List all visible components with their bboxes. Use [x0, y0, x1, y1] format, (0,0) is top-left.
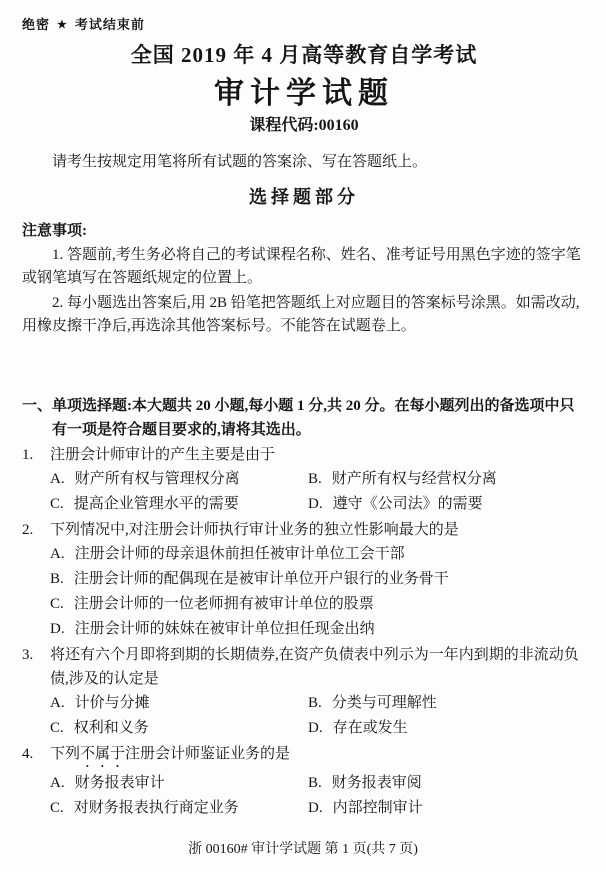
- classification-suffix: 考试结束前: [75, 17, 145, 32]
- option-label: A.: [50, 775, 65, 791]
- exam-title: 全国 2019 年 4 月高等教育自学考试: [22, 41, 586, 69]
- option-d: D.内部控制审计: [308, 796, 586, 821]
- question-2: 2. 下列情况中,对注册会计师执行审计业务的独立性影响最大的是 A.注册会计师的…: [22, 518, 586, 642]
- question-stem: 下列不属于注册会计师鉴证业务的是: [50, 742, 586, 771]
- question-number: 4.: [22, 742, 50, 821]
- option-text: 注册会计师的妹妹在被审计单位担任现金出纳: [75, 621, 375, 637]
- option-d: D.注册会计师的妹妹在被审计单位担任现金出纳: [50, 617, 586, 642]
- part-title: 选择题部分: [22, 184, 586, 210]
- option-label: A.: [50, 695, 65, 711]
- option-text: 存在或发生: [333, 720, 408, 736]
- option-text: 注册会计师的母亲退休前担任被审计单位工会干部: [75, 546, 405, 562]
- stem-suffix: 注册会计师鉴证业务的是: [125, 746, 290, 762]
- blank-gap: [22, 338, 586, 394]
- option-a: A.注册会计师的母亲退休前担任被审计单位工会干部: [50, 542, 586, 567]
- option-text: 权利和义务: [74, 720, 149, 736]
- option-text: 提高企业管理水平的需要: [74, 496, 239, 512]
- question-3: 3. 将还有六个月即将到期的长期债券,在资产负债表中列示为一年内到期的非流动负债…: [22, 643, 586, 741]
- section-header: 一、 单项选择题:本大题共 20 小题,每小题 1 分,共 20 分。在每小题列…: [22, 394, 586, 442]
- option-b: B.注册会计师的配偶现在是被审计单位开户银行的业务骨干: [50, 567, 586, 592]
- option-text: 注册会计师的一位老师拥有被审计单位的股票: [74, 596, 374, 612]
- question-1: 1. 注册会计师审计的产生主要是由于 A.财产所有权与管理权分离 B.财产所有权…: [22, 443, 586, 517]
- option-label: C.: [50, 496, 64, 512]
- option-label: A.: [50, 546, 65, 562]
- section-number: 一、: [22, 394, 52, 442]
- option-label: B.: [308, 471, 322, 487]
- option-label: D.: [308, 720, 323, 736]
- classification-banner: 绝密★考试结束前: [22, 14, 586, 33]
- notes-title: 注意事项:: [22, 220, 586, 242]
- option-label: B.: [308, 695, 322, 711]
- option-label: C.: [50, 720, 64, 736]
- option-text: 财务报表审阅: [332, 775, 422, 791]
- question-stem: 将还有六个月即将到期的长期债券,在资产负债表中列示为一年内到期的非流动负债,涉及…: [50, 643, 586, 691]
- stem-emphasis: 不属于: [80, 746, 125, 762]
- stem-prefix: 下列: [50, 746, 80, 762]
- question-stem: 下列情况中,对注册会计师执行审计业务的独立性影响最大的是: [50, 518, 586, 542]
- option-c: C.提高企业管理水平的需要: [50, 492, 308, 517]
- option-d: D.存在或发生: [308, 716, 586, 741]
- option-text: 注册会计师的配偶现在是被审计单位开户银行的业务骨干: [74, 571, 449, 587]
- option-b: B.分类与可理解性: [308, 691, 586, 716]
- question-body: 下列不属于注册会计师鉴证业务的是 A.财务报表审计 B.财务报表审阅 C.对财务…: [50, 742, 586, 821]
- option-text: 遵守《公司法》的需要: [333, 496, 483, 512]
- course-code: 课程代码:00160: [22, 115, 586, 137]
- option-label: D.: [308, 800, 323, 816]
- option-label: D.: [50, 621, 65, 637]
- option-a: A.财产所有权与管理权分离: [50, 467, 308, 492]
- star-icon: ★: [57, 19, 68, 31]
- options-grid: A.财产所有权与管理权分离 B.财产所有权与经营权分离 C.提高企业管理水平的需…: [50, 467, 586, 517]
- option-text: 财务报表审计: [75, 775, 165, 791]
- option-label: A.: [50, 471, 65, 487]
- option-label: B.: [50, 571, 64, 587]
- option-label: B.: [308, 775, 322, 791]
- option-label: C.: [50, 596, 64, 612]
- option-c: C.对财务报表执行商定业务: [50, 796, 308, 821]
- option-text: 对财务报表执行商定业务: [74, 800, 239, 816]
- classification-prefix: 绝密: [22, 17, 50, 32]
- question-body: 下列情况中,对注册会计师执行审计业务的独立性影响最大的是 A.注册会计师的母亲退…: [50, 518, 586, 642]
- option-d: D.遵守《公司法》的需要: [308, 492, 586, 517]
- option-c: C.权利和义务: [50, 716, 308, 741]
- options-grid: A.财务报表审计 B.财务报表审阅 C.对财务报表执行商定业务 D.内部控制审计: [50, 771, 586, 821]
- option-text: 财产所有权与管理权分离: [75, 471, 240, 487]
- paper-title: 审计学试题: [22, 75, 586, 113]
- question-number: 1.: [22, 443, 50, 517]
- options-grid: A.计价与分摊 B.分类与可理解性 C.权利和义务 D.存在或发生: [50, 691, 586, 741]
- option-b: B.财产所有权与经营权分离: [308, 467, 586, 492]
- option-label: D.: [308, 496, 323, 512]
- option-c: C.注册会计师的一位老师拥有被审计单位的股票: [50, 592, 586, 617]
- question-number: 3.: [22, 643, 50, 741]
- note-item-1: 1. 答题前,考生务必将自己的考试课程名称、姓名、准考证号用黑色字迹的签字笔或钢…: [22, 244, 586, 290]
- exam-paper-page: 绝密★考试结束前 全国 2019 年 4 月高等教育自学考试 审计学试题 课程代…: [0, 0, 606, 872]
- section-text: 单项选择题:本大题共 20 小题,每小题 1 分,共 20 分。在每小题列出的备…: [52, 394, 586, 442]
- option-text: 计价与分摊: [75, 695, 150, 711]
- options-grid: A.注册会计师的母亲退休前担任被审计单位工会干部 B.注册会计师的配偶现在是被审…: [50, 542, 586, 642]
- option-a: A.计价与分摊: [50, 691, 308, 716]
- option-b: B.财务报表审阅: [308, 771, 586, 796]
- page-footer: 浙 00160# 审计学试题 第 1 页(共 7 页): [0, 840, 606, 860]
- question-body: 注册会计师审计的产生主要是由于 A.财产所有权与管理权分离 B.财产所有权与经营…: [50, 443, 586, 517]
- question-stem: 注册会计师审计的产生主要是由于: [50, 443, 586, 467]
- option-text: 分类与可理解性: [332, 695, 437, 711]
- note-item-2: 2. 每小题选出答案后,用 2B 铅笔把答题纸上对应题目的答案标号涂黑。如需改动…: [22, 292, 586, 338]
- question-body: 将还有六个月即将到期的长期债券,在资产负债表中列示为一年内到期的非流动负债,涉及…: [50, 643, 586, 741]
- option-a: A.财务报表审计: [50, 771, 308, 796]
- option-text: 内部控制审计: [333, 800, 423, 816]
- question-4: 4. 下列不属于注册会计师鉴证业务的是 A.财务报表审计 B.财务报表审阅 C.…: [22, 742, 586, 821]
- option-label: C.: [50, 800, 64, 816]
- question-number: 2.: [22, 518, 50, 642]
- answer-instruction: 请考生按规定用笔将所有试题的答案涂、写在答题纸上。: [22, 151, 586, 174]
- option-text: 财产所有权与经营权分离: [332, 471, 497, 487]
